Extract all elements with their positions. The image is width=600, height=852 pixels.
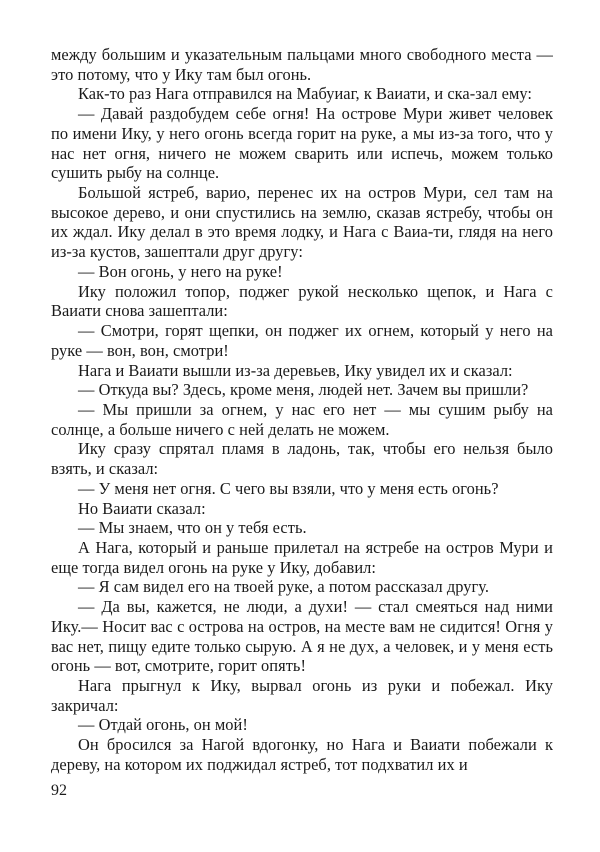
paragraph: Как-то раз Нага отправился на Мабуиаг, к… [51,84,553,104]
paragraph: Ику сразу спрятал пламя в ладонь, так, ч… [51,439,553,478]
paragraph: — Вон огонь, у него на руке! [51,262,553,282]
page-body: между большим и указательным пальцами мн… [51,45,553,775]
paragraph: Но Ваиати сказал: [51,499,553,519]
paragraph: — Мы знаем, что он у тебя есть. [51,518,553,538]
paragraph: — Отдай огонь, он мой! [51,715,553,735]
paragraph: Ику положил топор, поджег рукой нескольк… [51,282,553,321]
paragraph: между большим и указательным пальцами мн… [51,45,553,84]
page-number: 92 [51,782,67,800]
paragraph: Нага прыгнул к Ику, вырвал огонь из руки… [51,676,553,715]
paragraph: — Да вы, кажется, не люди, а духи! — ста… [51,597,553,676]
paragraph: Нага и Ваиати вышли из-за деревьев, Ику … [51,361,553,381]
paragraph: — Давай раздобудем себе огня! На острове… [51,104,553,183]
paragraph: Он бросился за Нагой вдогонку, но Нага и… [51,735,553,774]
paragraph: — Откуда вы? Здесь, кроме меня, людей не… [51,380,553,400]
paragraph: — Мы пришли за огнем, у нас его нет — мы… [51,400,553,439]
paragraph: Большой ястреб, варио, перенес их на ост… [51,183,553,262]
paragraph: — У меня нет огня. С чего вы взяли, что … [51,479,553,499]
paragraph: А Нага, который и раньше прилетал на яст… [51,538,553,577]
paragraph: — Я сам видел его на твоей руке, а потом… [51,577,553,597]
paragraph: — Смотри, горят щепки, он поджег их огне… [51,321,553,360]
